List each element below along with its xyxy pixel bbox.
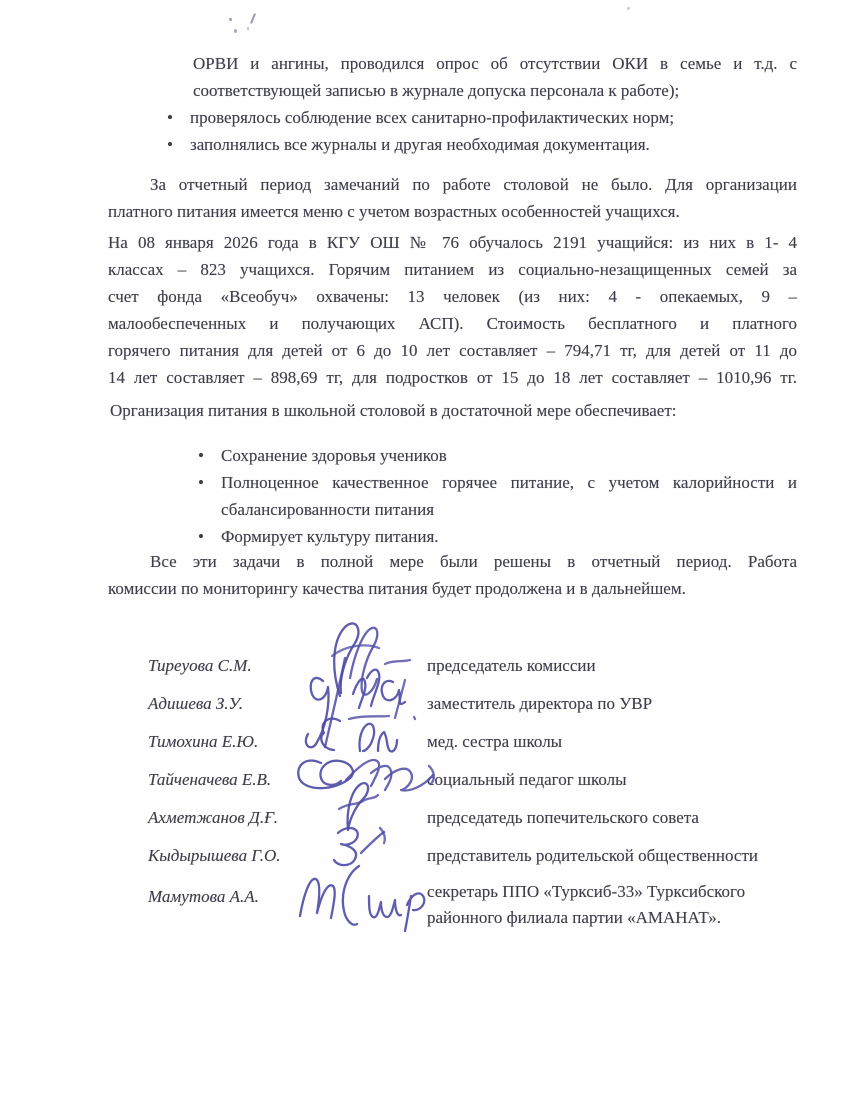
bullet-text: заполнялись все журналы и другая необход…	[190, 135, 650, 154]
ink-speck	[247, 27, 249, 30]
bullet-list-mid: Сохранение здоровья учеников Полноценное…	[196, 442, 797, 550]
text-line: Все эти задачи в полной мере были решены…	[108, 548, 797, 575]
signer-name: Мамутова А.А.	[148, 879, 259, 910]
signer-title: секретарь ППО «Турксиб-33» Турксибского …	[427, 879, 799, 931]
paragraph-continuation: ОРВИ и ангины, проводился опрос об отсут…	[193, 50, 797, 104]
text-line: счет фонда «Всеобуч» охвачены: 13 челове…	[108, 283, 797, 310]
signature-row: Тиреуова С.М. председатель комиссии	[148, 653, 797, 679]
signer-name: Тимохина Е.Ю.	[148, 729, 258, 755]
text-line: 14 лет составляет – 898,69 тг, для подро…	[108, 364, 797, 391]
signer-title: заместитель директора по УВР	[427, 691, 799, 717]
signer-title: председатель комиссии	[427, 653, 799, 679]
bullet-item: Формирует культуру питания.	[196, 523, 797, 550]
bullet-text: сбалансированности питания	[221, 496, 797, 523]
text-line: Организация питания в школьной столовой …	[110, 397, 799, 424]
signature-row: Ахметжанов Д.Ғ. председатедь попечительс…	[148, 805, 797, 831]
text-line: классах – 823 учащихся. Горячим питанием…	[108, 256, 797, 283]
signer-name: Тайченачева Е.В.	[148, 767, 271, 793]
bullet-text: Сохранение здоровья учеников	[221, 446, 447, 465]
ink-speck	[627, 7, 630, 10]
bullet-text: проверялось соблюдение всех санитарно-пр…	[190, 108, 674, 127]
text-line: ОРВИ и ангины, проводился опрос об отсут…	[193, 50, 797, 77]
signer-title: мед. сестра школы	[427, 729, 799, 755]
signature-row: Тимохина Е.Ю. мед. сестра школы	[148, 729, 797, 755]
paragraph-statistics: На 08 января 2026 года в КГУ ОШ № 76 обу…	[108, 229, 797, 391]
ink-speck	[250, 13, 256, 24]
signature-row: Кыдырышева Г.О. представитель родительск…	[148, 843, 797, 869]
signature-row: Адишева З.У. заместитель директора по УВ…	[148, 691, 797, 717]
bullet-item: Сохранение здоровья учеников	[196, 442, 797, 469]
ink-speck	[229, 18, 232, 21]
signer-name: Тиреуова С.М.	[148, 653, 252, 679]
signer-name: Ахметжанов Д.Ғ.	[148, 805, 278, 831]
paragraph-conclusion: Все эти задачи в полной мере были решены…	[108, 548, 797, 602]
paragraph-report-period: За отчетный период замечаний по работе с…	[108, 171, 797, 225]
signature-row: Тайченачева Е.В. социальный педагог школ…	[148, 767, 797, 793]
ink-speck	[234, 29, 237, 33]
bullet-item: заполнялись все журналы и другая необход…	[165, 131, 797, 158]
signature-row: Мамутова А.А. секретарь ППО «Турксиб-33»…	[148, 879, 797, 910]
text-line: горячего питания для детей от 6 до 10 ле…	[108, 337, 797, 364]
signer-name: Адишева З.У.	[148, 691, 243, 717]
document-page: ОРВИ и ангины, проводился опрос об отсут…	[0, 0, 850, 1100]
bullet-text: Полноценное качественное горячее питание…	[221, 469, 797, 496]
bullet-text: Формирует культуру питания.	[221, 527, 439, 546]
signer-name: Кыдырышева Г.О.	[148, 843, 281, 869]
bullet-list-top: проверялось соблюдение всех санитарно-пр…	[165, 104, 797, 158]
text-line: комиссии по мониторингу качества питания…	[108, 575, 797, 602]
paragraph-organization: Организация питания в школьной столовой …	[110, 397, 799, 424]
text-line: малообеспеченных и получающих АСП). Стои…	[108, 310, 797, 337]
text-line: соответствующей записью в журнале допуск…	[193, 77, 797, 104]
text-line: За отчетный период замечаний по работе с…	[108, 171, 797, 198]
text-line: платного питания имеется меню с учетом в…	[108, 198, 797, 225]
bullet-item: Полноценное качественное горячее питание…	[196, 469, 797, 523]
signer-title: председатедь попечительского совета	[427, 805, 799, 831]
bullet-item: проверялось соблюдение всех санитарно-пр…	[165, 104, 797, 131]
text-line: На 08 января 2026 года в КГУ ОШ № 76 обу…	[108, 229, 797, 256]
signer-title: представитель родительской общественност…	[427, 843, 799, 869]
signer-title: социальный педагог школы	[427, 767, 799, 793]
